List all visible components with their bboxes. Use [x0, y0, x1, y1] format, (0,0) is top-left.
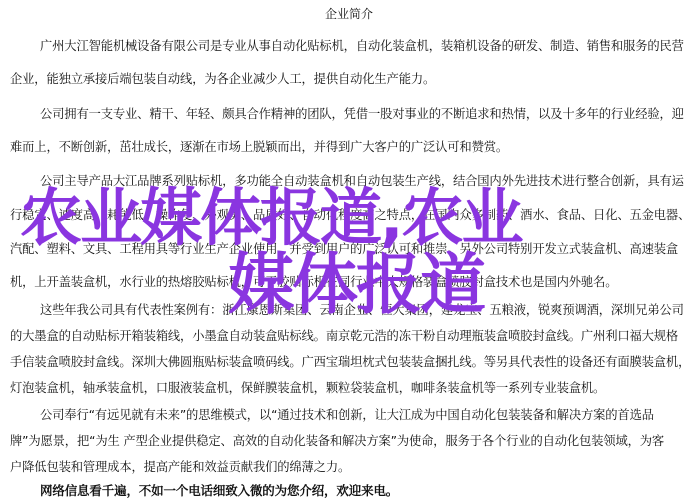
paragraph-2-line-1: 公司拥有一支专业、精干、年轻、颇具合作精神的团队，凭借一股对事业的不断追求和热情…	[40, 106, 684, 122]
paragraph-1-line-1: 广州大江智能机械设备有限公司是专业从事自动化贴标机，自动化装盒机，装箱机设备的研…	[40, 38, 684, 54]
paragraph-5-line-2: 牌”为愿景，把“为生 产型企业提供稳定、高效的自动化装备和解决方案”为使命，服务…	[10, 433, 664, 449]
document-title: 企业简介	[0, 6, 698, 22]
paragraph-5-line-3: 户降低包装和管理成本，提高产能和效益贡献我们的绵薄之力。	[10, 459, 350, 475]
paragraph-1-line-2: 企业，能独立承接后端包装自动线，为各企业减少人工，提供自动化生产能力。	[10, 71, 435, 87]
paragraph-4-line-3: 手信装盒喷胶封盒线。深圳大佛圆瓶贴标装盒喷码线。广西宝瑞坦枕式包装装盒捆扎线。等…	[10, 354, 690, 370]
paragraph-2-line-2: 难而上，不断创新，茁壮成长，逐渐在市场上脱颖而出，并得到广大客户的广泛认可和赞赏…	[10, 139, 508, 155]
paragraph-4-line-2: 的大墨盒的自动贴标开箱装箱线，小墨盒自动装盒贴标线。南京乾元浩的冻干粉自动理瓶装…	[10, 328, 678, 344]
watermark-overlay-line-2: 媒体报道	[228, 245, 484, 325]
paragraph-4-line-4: 灯泡装盒机，轴承装盒机，口服液装盒机，保鲜膜装盒机，颗粒袋装盒机，咖啡条装盒机等…	[10, 380, 605, 396]
paragraph-5-line-1: 公司奉行“有远见就有未来”的思维模式，以“通过技术和创新，让大江成为中国自动化包…	[40, 407, 654, 423]
closing-line: 网络信息看千遍，不如一个电话细致入微的为您介绍，欢迎来电。	[40, 483, 398, 499]
